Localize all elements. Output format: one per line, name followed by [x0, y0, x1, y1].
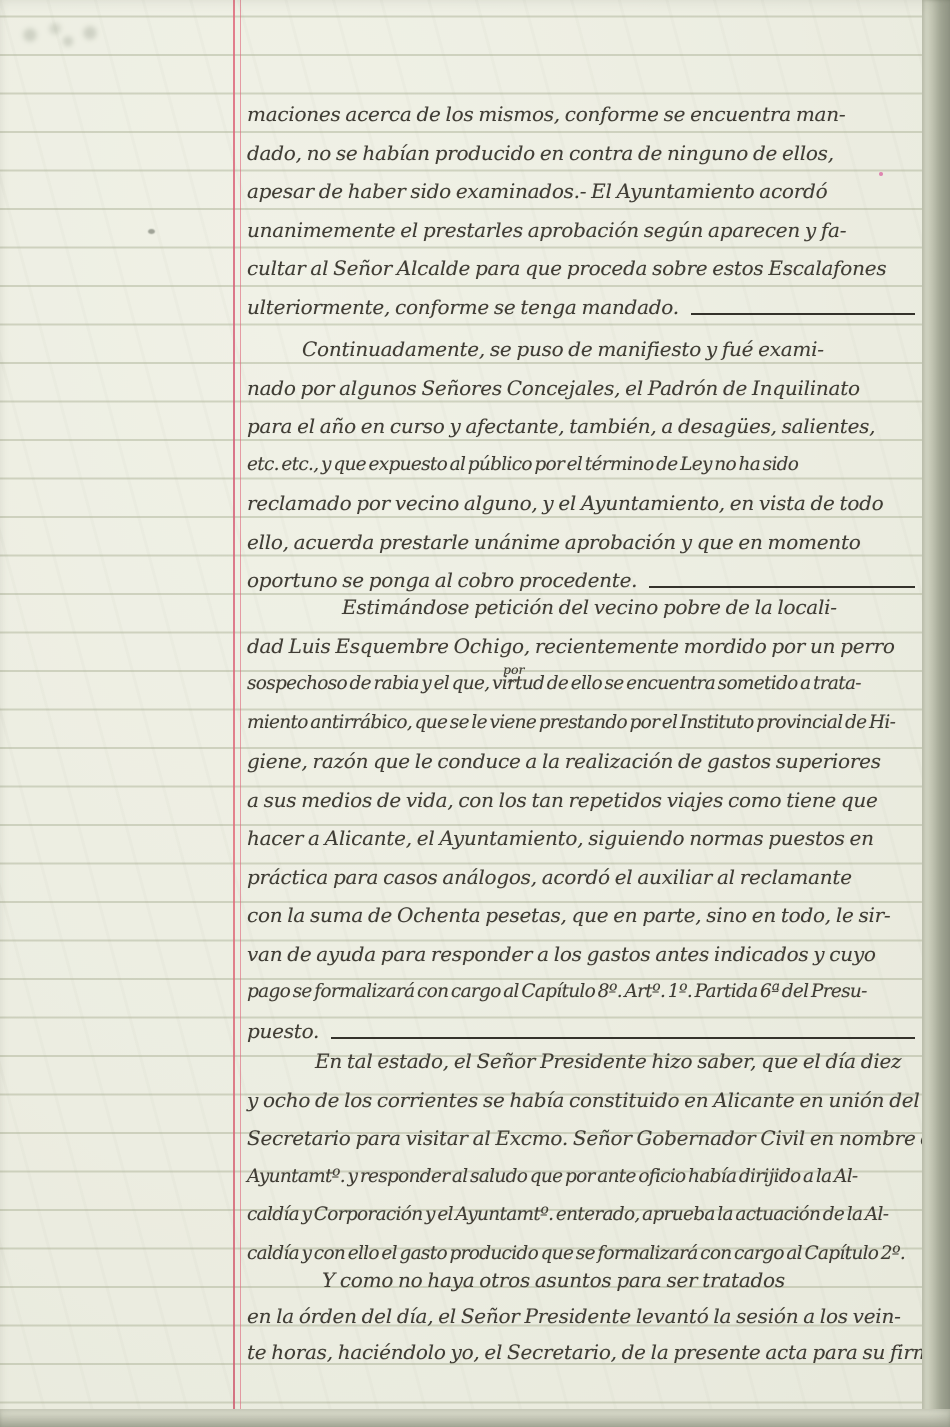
manuscript-line: miento antirrábico, que se le viene pres…: [247, 704, 919, 743]
manuscript-line: giene, razón que le conduce a la realiza…: [247, 742, 919, 781]
manuscript-line: sospechoso de rabia y el que, virtud de …: [247, 665, 919, 704]
corner-smudge: [10, 14, 110, 56]
manuscript-line: En tal estado, el Señor Presidente hizo …: [247, 1042, 919, 1081]
manuscript-line: te horas, haciéndolo yo, el Secretario, …: [247, 1334, 919, 1370]
book-page-edge-bottom: [0, 1409, 950, 1427]
interline-insertion: por: [503, 664, 525, 677]
manuscript-line: hacer a Alicante, el Ayuntamiento, sigui…: [247, 819, 919, 858]
manuscript-line: nado por algunos Señores Concejales, el …: [247, 369, 919, 408]
manuscript-line: y ocho de los corrientes se había consti…: [247, 1081, 919, 1120]
manuscript-line: pago se formalizará con cargo al Capítul…: [247, 973, 919, 1012]
manuscript-line: dad Luis Esquembre Ochigo, recientemente…: [247, 627, 919, 666]
manuscript-line: práctica para casos análogos, acordó el …: [247, 858, 919, 897]
manuscript-line-text: sospechoso de rabia y el que, virtud de …: [247, 673, 861, 694]
manuscript-line: para el año en curso y afectante, tambié…: [247, 407, 919, 446]
manuscript-line: cultar al Señor Alcalde para que proceda…: [247, 249, 919, 288]
scanned-manuscript-page: maciones acerca de los mismos, conforme …: [0, 0, 950, 1427]
manuscript-line-text: ulteriormente, conforme se tenga mandado…: [247, 288, 679, 327]
book-page-edge-right: [922, 0, 950, 1427]
red-margin-rule-inner: [240, 0, 241, 1412]
manuscript-line: Y como no haya otros asuntos para ser tr…: [247, 1262, 919, 1298]
paragraph-5: Y como no haya otros asuntos para ser tr…: [247, 1262, 919, 1370]
manuscript-line: van de ayuda para responder a los gastos…: [247, 935, 919, 974]
manuscript-line: ulteriormente, conforme se tenga mandado…: [247, 288, 919, 327]
insertion-caret: ^: [506, 678, 516, 690]
manuscript-line: etc. etc., y que expuesto al público por…: [247, 446, 919, 485]
paragraph-end-stroke: [691, 313, 915, 315]
ink-speck: [148, 229, 155, 234]
manuscript-line: con la suma de Ochenta pesetas, que en p…: [247, 896, 919, 935]
manuscript-line: en la órden del día, el Señor Presidente…: [247, 1298, 919, 1334]
manuscript-line: unanimemente el prestarles aprobación se…: [247, 211, 919, 250]
manuscript-line: maciones acerca de los mismos, conforme …: [247, 95, 919, 134]
red-margin-rule-outer: [233, 0, 235, 1412]
manuscript-line: a sus medios de vida, con los tan repeti…: [247, 781, 919, 820]
paragraph-end-stroke: [331, 1037, 915, 1039]
paragraph-1: maciones acerca de los mismos, conforme …: [247, 95, 919, 326]
paragraph-4: En tal estado, el Señor Presidente hizo …: [247, 1042, 919, 1273]
paragraph-3: Estimándose petición del vecino pobre de…: [247, 588, 919, 1050]
manuscript-line: ello, acuerda prestarle unánime aprobaci…: [247, 523, 919, 562]
manuscript-line: apesar de haber sido examinados.- El Ayu…: [247, 172, 919, 211]
manuscript-line: Continuadamente, se puso de manifiesto y…: [247, 330, 919, 369]
manuscript-line: caldía y Corporación y el Ayuntamtº. ent…: [247, 1196, 919, 1235]
manuscript-line: reclamado por vecino alguno, y el Ayunta…: [247, 484, 919, 523]
paragraph-2: Continuadamente, se puso de manifiesto y…: [247, 330, 919, 600]
manuscript-line: Ayuntamtº. y responder al saludo que por…: [247, 1158, 919, 1197]
manuscript-line: Secretario para visitar al Excmo. Señor …: [247, 1119, 919, 1158]
manuscript-line: dado, no se habían producido en contra d…: [247, 134, 919, 173]
manuscript-line: Estimándose petición del vecino pobre de…: [247, 588, 919, 627]
